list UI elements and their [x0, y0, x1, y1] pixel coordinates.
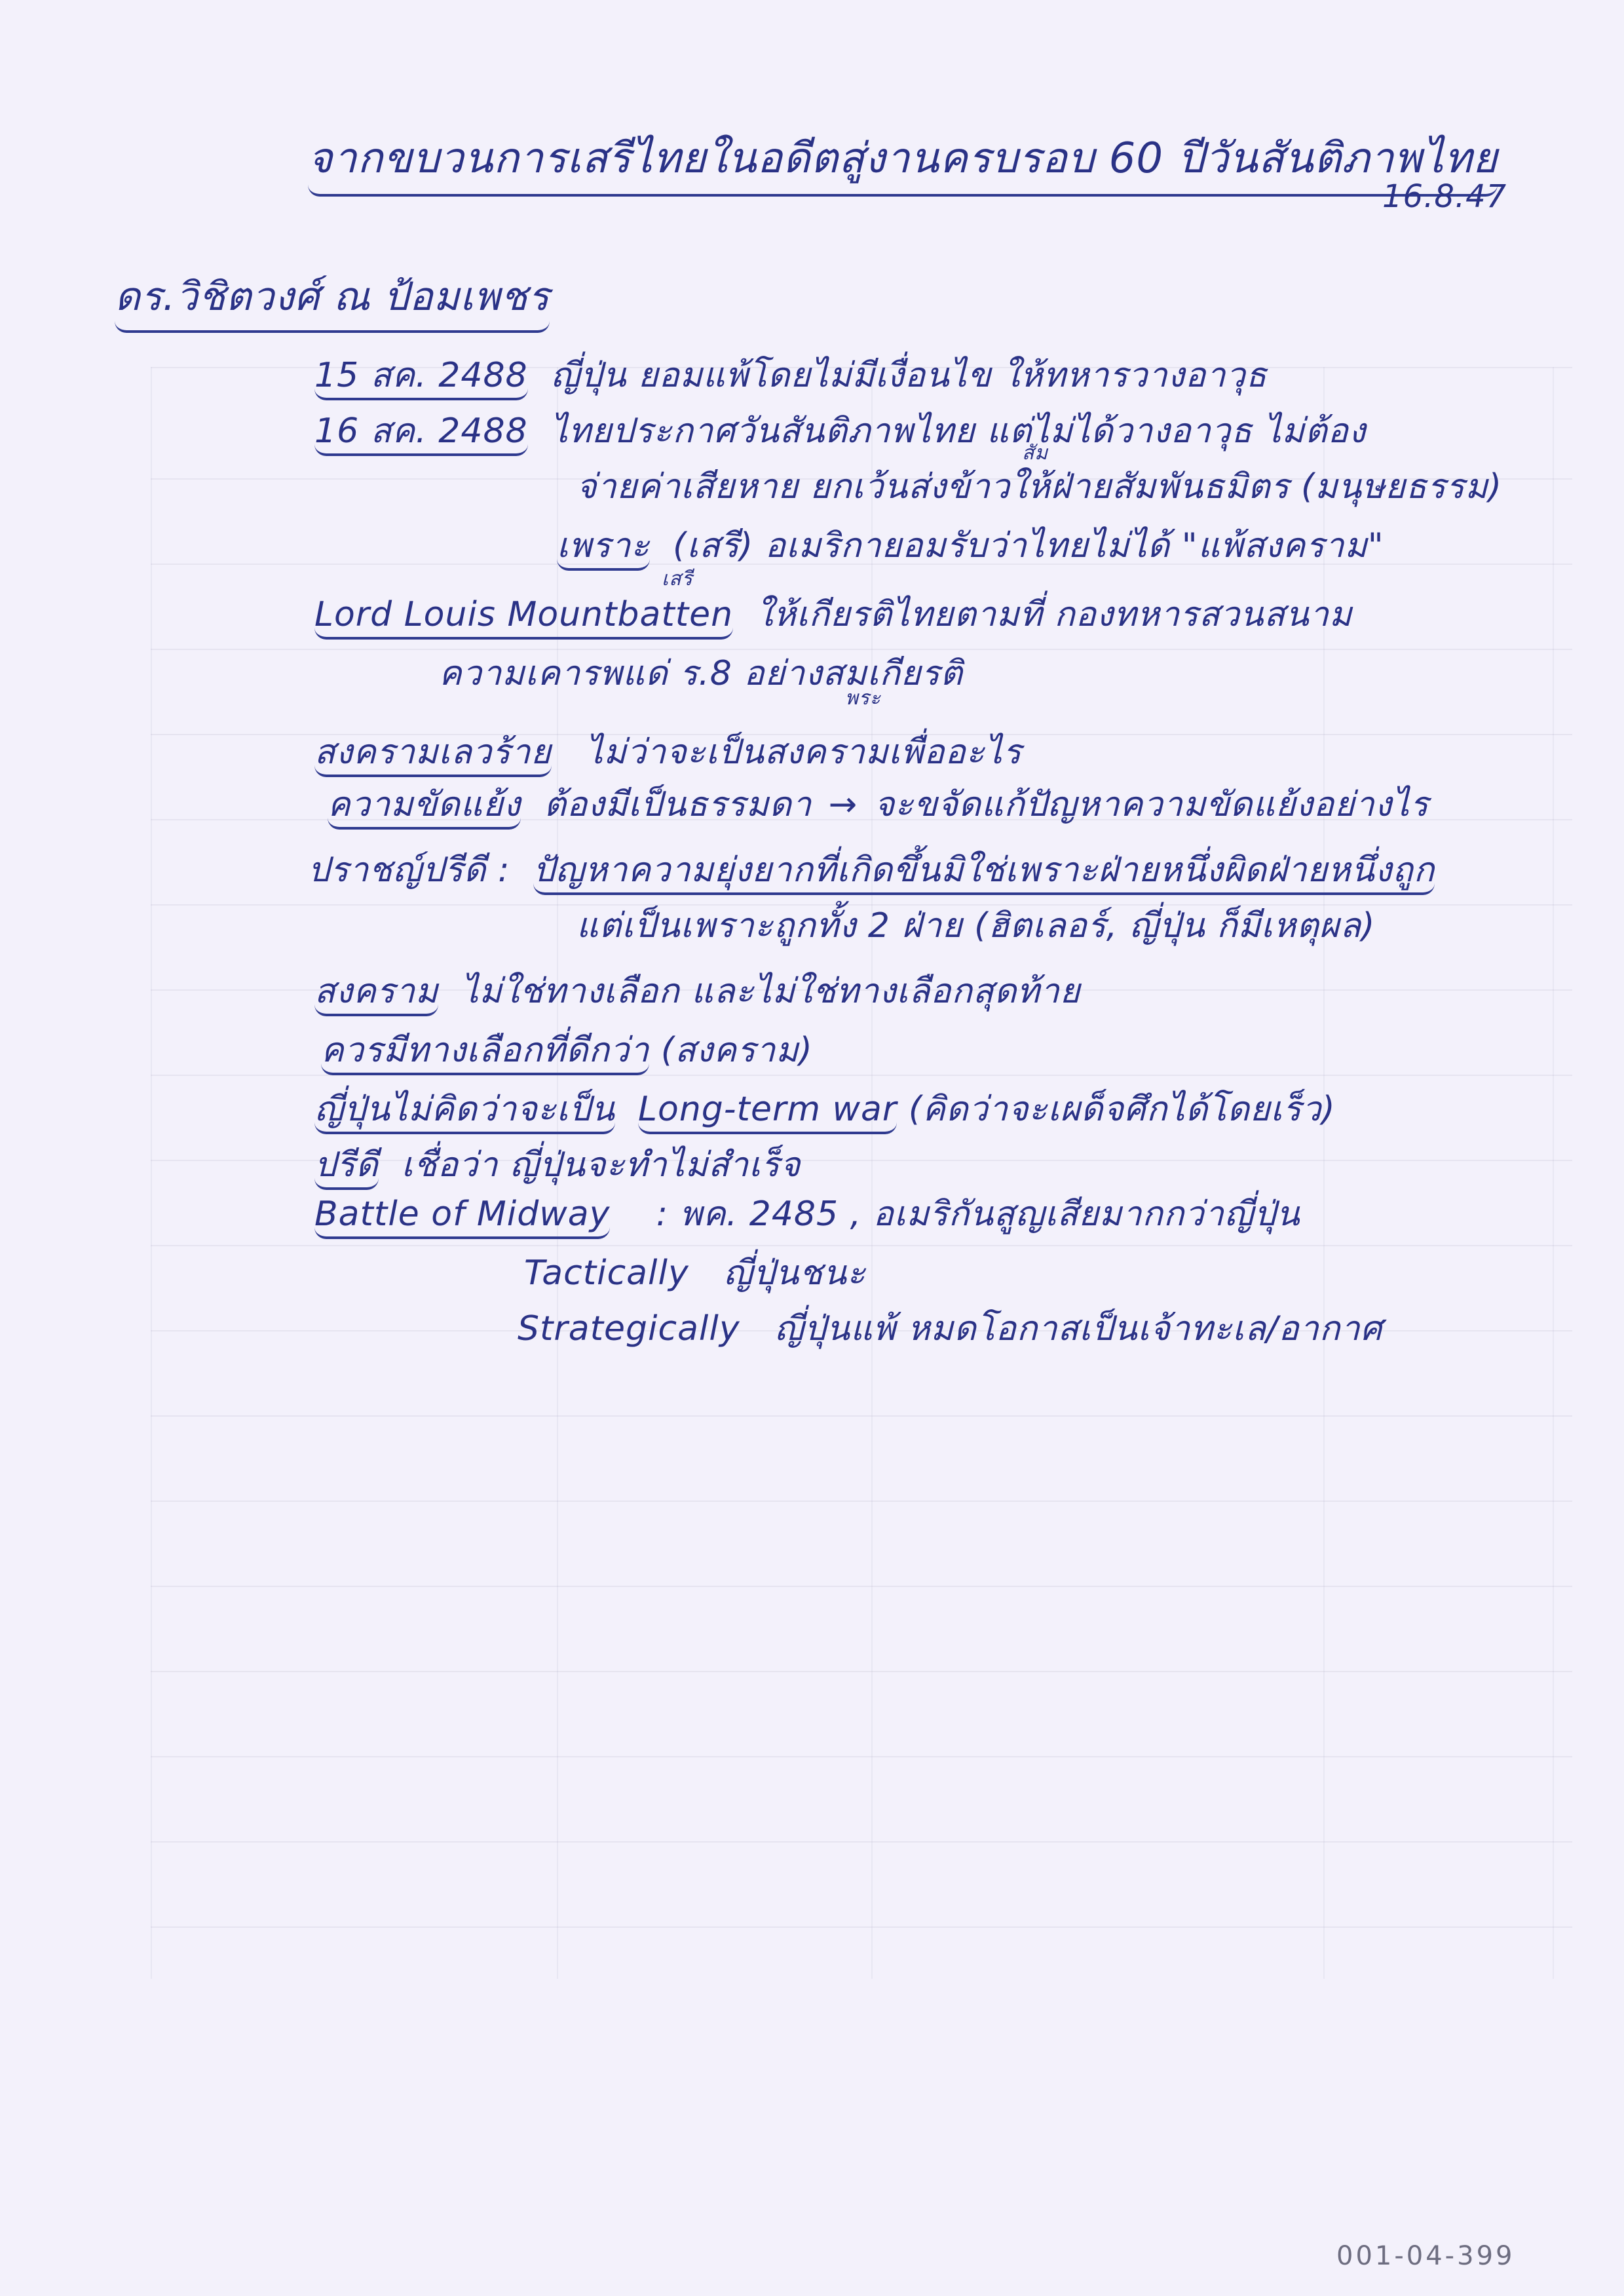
note-text: ญี่ปุ่นแพ้ หมดโอกาสเป็นเจ้าทะเล/อากาศ — [774, 1309, 1382, 1349]
note-date-label: 15 สค. 2488 — [314, 356, 528, 400]
speaker-name: ดร.วิชิตวงศ์ ณ ป้อมเพชร — [115, 265, 550, 333]
note-label: ปราชญ์ปรีดี : — [308, 851, 510, 890]
note-text: ไทยประกาศวันสันติภาพไทย แต่ไม่ได้วางอาวุ… — [551, 411, 1367, 451]
note-row: 16 สค. 2488 ไทยประกาศวันสันติภาพไทย แต่ไ… — [314, 403, 1366, 457]
note-label: สงคราม — [314, 972, 438, 1016]
note-text: ปัญหาความยุ่งยากที่เกิดขึ้นมิใช่เพราะฝ่า… — [533, 851, 1435, 895]
note-row: Battle of Midway : พค. 2485 , อเมริกันสู… — [314, 1186, 1300, 1240]
document-date: 16.8.47 — [1382, 178, 1507, 215]
note-text: ไม่ว่าจะเป็นสงครามเพื่ออะไร — [586, 733, 1021, 772]
note-label: Lord Louis Mountbatten — [314, 595, 733, 640]
arrow-icon: → — [829, 785, 858, 824]
note-row: 15 สค. 2488 ญี่ปุ่น ยอมแพ้โดยไม่มีเงื่อน… — [314, 347, 1267, 402]
note-row: Strategically ญี่ปุ่นแพ้ หมดโอกาสเป็นเจ้… — [518, 1301, 1383, 1355]
catalog-number: 001-04-399 — [1336, 2241, 1515, 2271]
note-row: สงครามเลวร้าย ไม่ว่าจะเป็นสงครามเพื่ออะไ… — [314, 724, 1022, 778]
note-row: Lord Louis Mountbatten ให้เกียรติไทยตามท… — [314, 586, 1352, 641]
note-row: จ่ายค่าเสียหาย ยกเว้นส่งข้าวให้ฝ่ายสัมพั… — [576, 459, 1502, 513]
note-text: เชื่อว่า ญี่ปุ่นจะทำไม่สำเร็จ — [402, 1145, 801, 1185]
note-text: ญี่ปุ่นชนะ — [723, 1253, 866, 1293]
note-row: ญี่ปุ่นไม่คิดว่าจะเป็น Long-term war (คิ… — [314, 1081, 1336, 1136]
note-row: ความเคารพแด่ ร.8 อย่างสมเกียรติ — [439, 645, 963, 700]
note-row: สงคราม ไม่ใช่ทางเลือก และไม่ใช่ทางเลือกส… — [314, 963, 1080, 1018]
note-label: ปรีดี — [314, 1145, 379, 1190]
note-row: ควรมีทางเลือกที่ดีกว่า (สงคราม) — [321, 1022, 813, 1077]
document-title: จากขบวนการเสรีไทยในอดีตสู่งานครบรอบ 60 ป… — [308, 124, 1498, 197]
note-label: Tactically — [524, 1253, 689, 1293]
note-text: ต้องมีเป็นธรรมดา — [544, 785, 812, 824]
note-row: ปราชญ์ปรีดี : ปัญหาความยุ่งยากที่เกิดขึ้… — [308, 842, 1435, 896]
note-label: ญี่ปุ่นไม่คิดว่าจะเป็น — [314, 1090, 615, 1134]
note-text: จะขจัดแก้ปัญหาความขัดแย้งอย่างไร — [875, 785, 1429, 824]
note-label: ความขัดแย้ง — [328, 785, 521, 830]
note-text: ญี่ปุ่น ยอมแพ้โดยไม่มีเงื่อนไข ให้ทหารวา… — [551, 356, 1268, 395]
note-row: ปรีดี เชื่อว่า ญี่ปุ่นจะทำไม่สำเร็จ — [314, 1137, 801, 1191]
note-label: ควรมีทางเลือกที่ดีกว่า — [321, 1031, 649, 1075]
note-label: Strategically — [518, 1309, 740, 1349]
note-row: ความขัดแย้ง ต้องมีเป็นธรรมดา → จะขจัดแก้… — [328, 776, 1429, 831]
note-text: (เสรี) อเมริกายอมรับว่าไทยไม่ได้ "แพ้สงค… — [673, 526, 1384, 565]
note-label-english: Long-term war — [638, 1090, 897, 1134]
note-text: ไม่ใช่ทางเลือก และไม่ใช่ทางเลือกสุดท้าย — [461, 972, 1080, 1011]
insert-mark: พระ — [845, 683, 881, 714]
note-row: Tactically ญี่ปุ่นชนะ — [524, 1245, 866, 1299]
note-label: สงครามเลวร้าย — [314, 733, 552, 777]
note-text: ให้เกียรติไทยตามที่ กองทหารสวนสนาม — [756, 595, 1352, 634]
note-text: : พค. 2485 , อเมริกันสูญเสียมากกว่าญี่ปุ… — [656, 1195, 1300, 1234]
note-text: (สงคราม) — [661, 1031, 813, 1070]
note-date-label: 16 สค. 2488 — [314, 411, 528, 456]
note-label: เพราะ — [557, 526, 650, 571]
note-text: (คิดว่าจะเผด็จศึกได้โดยเร็ว) — [909, 1090, 1336, 1129]
note-label: Battle of Midway — [314, 1195, 610, 1239]
note-row: แต่เป็นเพราะถูกทั้ง 2 ฝ่าย (ฮิตเลอร์, ญี… — [576, 898, 1375, 952]
